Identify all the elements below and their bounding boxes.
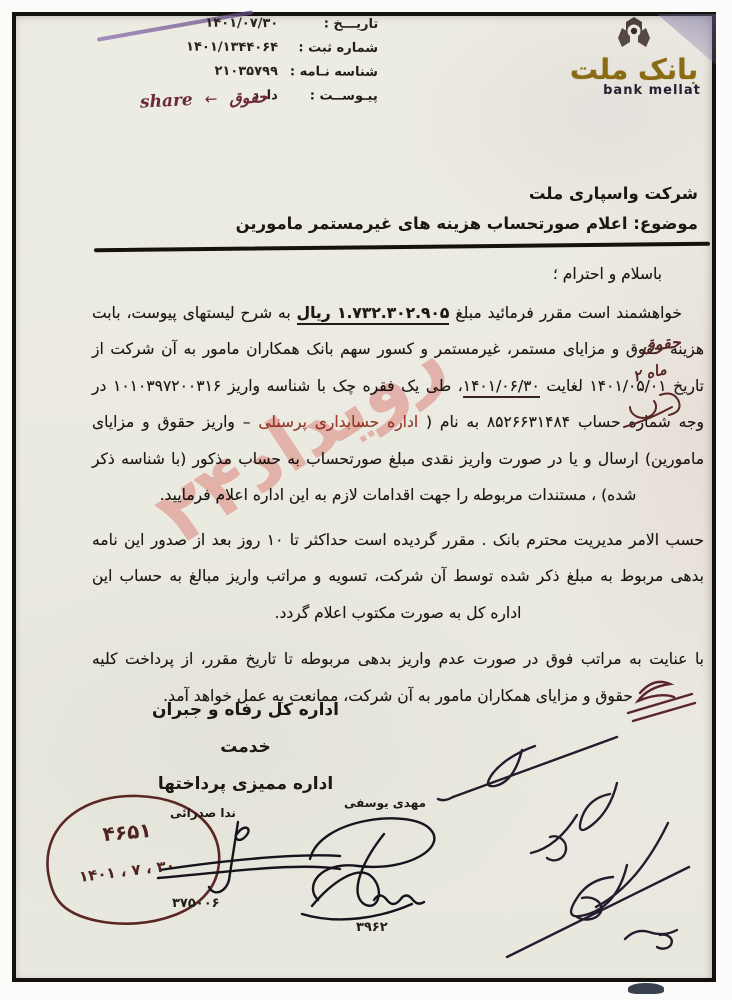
- subject-line: موضوع: اعلام صورتحساب هزینه های غیرمستمر…: [236, 214, 698, 233]
- body-paragraph-2: حسب الامر مدیریت محترم بانک . مقرر گردید…: [92, 522, 704, 632]
- amount-value: ۱.۷۳۲.۳۰۲.۹۰۵ ریال: [297, 304, 450, 325]
- field-letter-id: شناسه نـامه : ۲۱۰۳۵۷۹۹: [110, 63, 378, 89]
- end-date-underlined: ۱۴۰۱/۰۶/۳۰: [463, 377, 540, 398]
- handwritten-directive: [425, 655, 725, 970]
- signer-code-mehdi: ۳۹۶۲: [356, 920, 388, 935]
- field-label: شناسه نـامه :: [282, 64, 378, 80]
- bank-name-fa: بانک ملت: [550, 54, 718, 86]
- signer-code-neda: ۳۷۵۰۰۶: [172, 896, 220, 911]
- binder-notch: [628, 983, 664, 994]
- bank-mellat-flower-icon: [613, 14, 655, 54]
- p1-seg: خواهشمند است مقرر فرمائید مبلغ: [449, 304, 682, 322]
- signoff-line-1: اداره کل رفاه و جبران خدمت: [128, 692, 363, 766]
- field-value: ۲۱۰۳۵۷۹۹: [214, 64, 278, 79]
- account-name-red: اداره حسابداری پرسنلی: [258, 413, 418, 431]
- handwritten-word-share: share: [140, 90, 194, 113]
- margin-note-salary: حقوق ۲ ماه: [612, 332, 722, 437]
- salutation: باسلام و احترام ؛: [92, 256, 704, 293]
- arrow-left-icon: ←: [204, 90, 218, 109]
- recipient-name: شرکت واسپاری ملت: [236, 184, 698, 203]
- field-value: ۱۴۰۱/۱۳۴۴۰۶۴: [186, 40, 278, 56]
- field-label: پیـوســت :: [282, 88, 378, 104]
- handwritten-word-hoghoogh: حقوق: [229, 86, 269, 107]
- field-date: تاریـــخ : ۱۴۰۱/۰۷/۳۰: [110, 15, 378, 41]
- recipient-block: شرکت واسپاری ملت موضوع: اعلام صورتحساب ه…: [236, 184, 698, 233]
- scanned-letter-page: { "watermark": {"text": "رویداد۲۴", "col…: [0, 0, 732, 1000]
- field-value: ۱۴۰۱/۰۷/۳۰: [205, 16, 278, 32]
- field-label: تاریـــخ :: [282, 16, 378, 32]
- letter-body: باسلام و احترام ؛ خواهشمند است مقرر فرما…: [92, 256, 704, 714]
- field-registration-number: شماره ثبت : ۱۴۰۱/۱۳۴۴۰۶۴: [110, 39, 378, 65]
- bank-mellat-logo: بانک ملت bank mellat: [550, 14, 718, 98]
- margin-note-scribble: [612, 377, 698, 437]
- field-label: شماره ثبت :: [282, 40, 378, 56]
